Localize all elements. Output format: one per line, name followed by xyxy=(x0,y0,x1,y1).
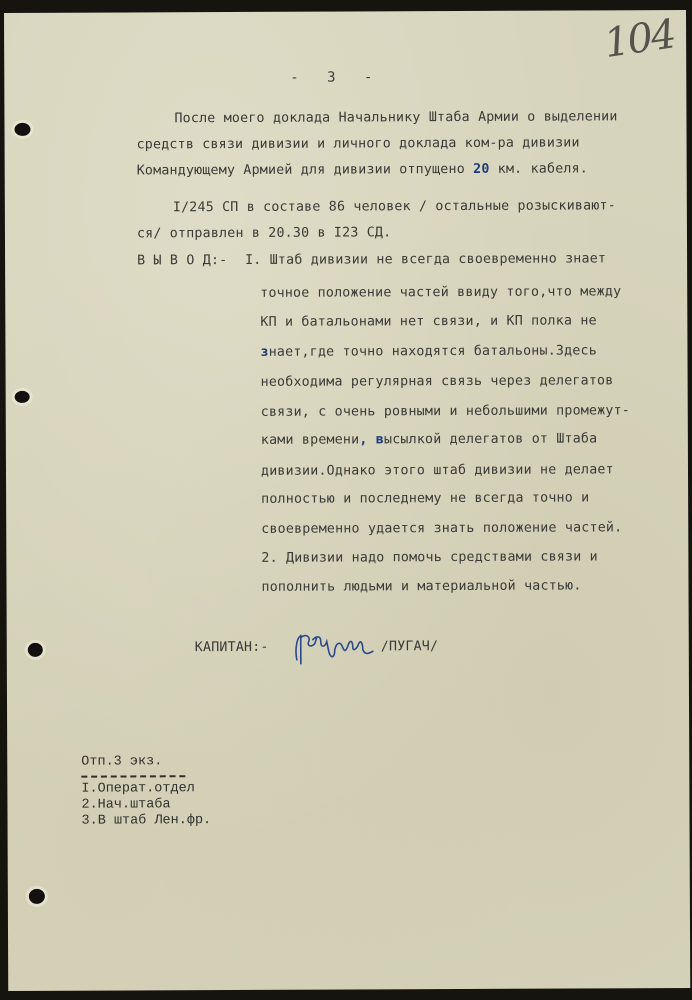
conclusion-line: КП и батальонами нет связи, и КП полка н… xyxy=(260,313,596,329)
paragraph-line: I/245 СП в составе 86 человек / остальны… xyxy=(173,198,616,215)
conclusion-line: ками времени, высылкой делегатов от Штаб… xyxy=(261,431,598,447)
scanned-document: 104 - 3 - После моего доклада Начальнику… xyxy=(0,0,692,1000)
punch-hole xyxy=(14,123,30,136)
handwritten-correction: в xyxy=(376,432,384,447)
signature-rank: КАПИТАН:- xyxy=(195,640,269,655)
conclusion-line: точное положение частей ввиду того,что м… xyxy=(260,284,621,301)
conclusion-line: необходима регулярная связь через делега… xyxy=(261,373,614,390)
handwritten-correction: 20 xyxy=(473,162,489,177)
distribution-item: 3.В штаб Лен.фр. xyxy=(81,813,211,829)
paragraph-line: ся/ отправлен в 20.30 в I23 СД. xyxy=(137,225,391,241)
page-number: - 3 - xyxy=(290,69,382,85)
paragraph-line: средств связи дивизии и личного доклада … xyxy=(137,135,580,152)
archive-page-number: 104 xyxy=(601,11,677,67)
conclusion-line: связи, с очень ровными и небольшими пром… xyxy=(261,403,630,420)
paragraph-line: После моего доклада Начальнику Штаба Арм… xyxy=(174,109,617,126)
text-segment: ками времени xyxy=(261,432,360,447)
punch-hole xyxy=(28,643,43,657)
handwritten-comma: , xyxy=(359,432,367,447)
punch-hole xyxy=(15,391,30,403)
conclusion-line: дивизии.Однако этого штаб дивизии не дел… xyxy=(261,462,614,479)
text-segment: Командующему Армией для дивизии отпущено xyxy=(137,162,473,178)
conclusion-line: 2. Дивизии надо помочь средствами связи … xyxy=(261,549,597,565)
text-segment: км. кабеля. xyxy=(489,161,588,176)
paragraph-line: Командующему Армией для дивизии отпущено… xyxy=(137,161,588,178)
conclusion-line: I. Штаб дивизии не всегда своевременно з… xyxy=(245,251,606,268)
signature-name: /ПУГАЧ/ xyxy=(381,639,439,654)
paper-sheet: 104 - 3 - После моего доклада Начальнику… xyxy=(4,10,690,991)
distribution-item: 2.Нач.штаба xyxy=(81,797,170,812)
conclusion-line: полностью и последнему не всегда точно и xyxy=(261,490,589,506)
text-segment: нает,где точно находятся батальоны.Здесь xyxy=(269,343,597,359)
conclusion-line: знает,где точно находятся батальоны.Здес… xyxy=(260,343,596,359)
handwritten-signature xyxy=(291,629,379,669)
separator-line xyxy=(81,775,185,777)
conclusion-label: В Ы В О Д:- xyxy=(137,253,227,268)
distribution-item: I.Операт.отдел xyxy=(81,781,194,796)
text-segment: ысылкой делегатов от Штаба xyxy=(384,431,597,447)
punch-hole xyxy=(29,889,45,904)
conclusion-line: своевременно удается знать положение час… xyxy=(261,520,622,537)
conclusion-line: пополнить людьми и материальной частью. xyxy=(261,578,581,594)
copies-header: Отп.3 экз. xyxy=(81,754,162,769)
